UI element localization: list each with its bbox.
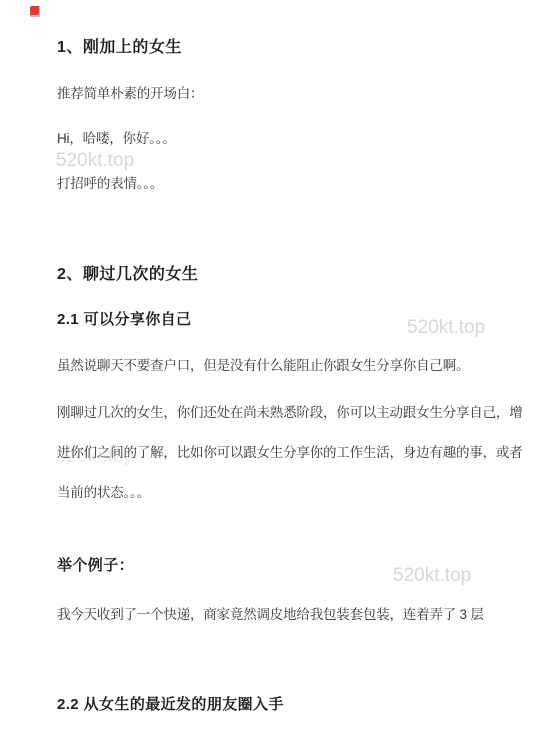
paragraph-greeting-emoji: 打招呼的表情。。。 — [57, 176, 163, 192]
paragraph-share-detail-line: 当前的状态。。。 — [57, 485, 150, 501]
article-page: 1、刚加上的女生 推荐简单朴素的开场白： Hi，哈喽，你好。。。 520kt.t… — [0, 0, 550, 743]
red-book-icon — [30, 6, 40, 17]
section-heading-2: 2、聊过几次的女生 — [57, 266, 198, 283]
paragraph-opening-examples: Hi，哈喽，你好。。。 — [57, 131, 176, 147]
paragraph-share-detail-line: 进你们之间的了解，比如你可以跟女生分享你的工作生活，身边有趣的事，或者 — [57, 445, 523, 461]
watermark-text: 520kt.top — [56, 151, 134, 171]
section-heading-2-2: 2.2 从女生的最近发的朋友圈入手 — [57, 697, 284, 713]
paragraph-share-intro: 虽然说聊天不要查户口，但是没有什么能阻止你跟女生分享你自己啊。 — [57, 358, 469, 374]
paragraph-example: 我今天收到了一个快递，商家竟然调皮地给我包装套包装，连着弄了 3 层 — [57, 607, 484, 623]
heading-example: 举个例子： — [57, 558, 134, 574]
paragraph-share-detail-line: 刚聊过几次的女生，你们还处在尚未熟悉阶段，你可以主动跟女生分享自己，增 — [57, 405, 523, 421]
section-heading-2-1: 2.1 可以分享你自己 — [57, 312, 191, 328]
watermark-text: 520kt.top — [407, 318, 485, 338]
paragraph-opening-intro: 推荐简单朴素的开场白： — [57, 86, 203, 102]
watermark-text: 520kt.top — [393, 566, 471, 586]
section-heading-1: 1、刚加上的女生 — [57, 39, 182, 56]
